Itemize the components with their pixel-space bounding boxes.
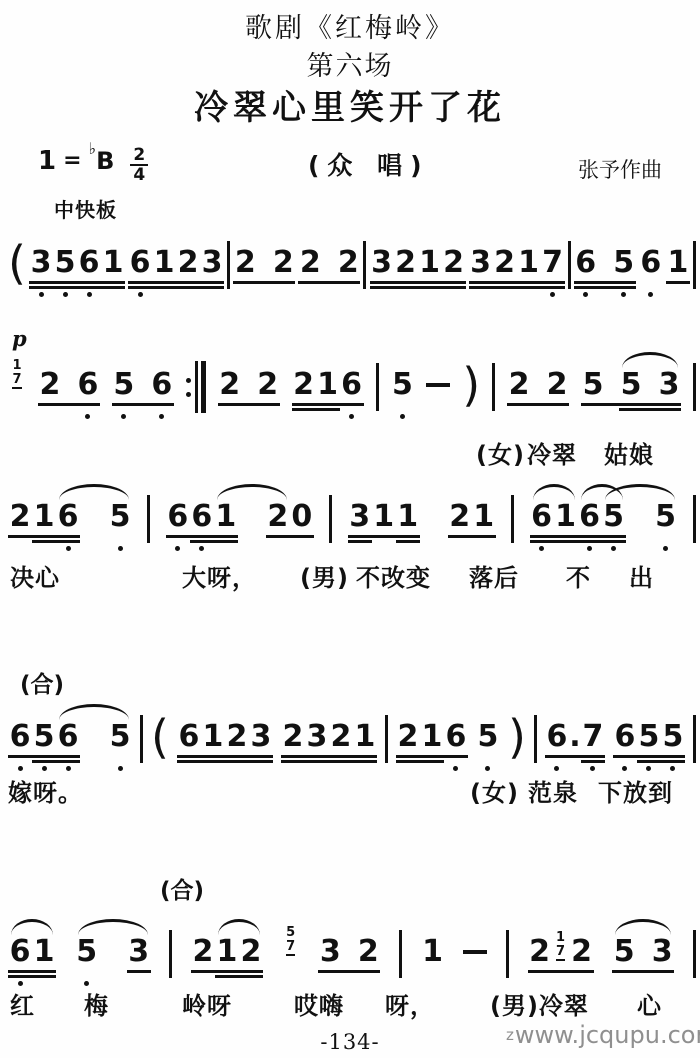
note-digit: [113, 935, 127, 969]
note-group: 6123: [177, 720, 273, 754]
section-mark: (合): [160, 872, 204, 905]
note-digit: 7: [581, 720, 605, 754]
right-paren: ): [508, 715, 526, 759]
note-digit: 2: [442, 246, 466, 280]
barline: [693, 241, 696, 289]
octave-dot: [590, 766, 595, 771]
slur-arc: [622, 352, 678, 368]
note-digit: [94, 500, 108, 534]
octave-dot: [39, 292, 44, 297]
beam-line: [32, 760, 80, 763]
grace-upper: 1: [12, 359, 21, 373]
note-digit: 6: [56, 720, 80, 754]
note-digit: 3: [370, 246, 394, 280]
key-signature: 1 = ♭ B 2 4: [38, 146, 148, 184]
note-digit: 3: [305, 720, 329, 754]
octave-dot: [118, 766, 123, 771]
note-digit: 1: [201, 720, 225, 754]
note-digit: [636, 935, 650, 969]
note-digit: 6: [56, 500, 80, 534]
grace-lower: 7: [556, 945, 565, 961]
octave-dot: [554, 766, 559, 771]
note-group: 216: [396, 720, 468, 754]
note-group: 66120: [166, 500, 314, 534]
note-group: 53: [75, 935, 151, 969]
beam-line: [528, 970, 594, 973]
slur-arc: [59, 704, 129, 720]
beam-line: [191, 970, 263, 973]
slur-arc: [615, 919, 671, 935]
note-digit: [598, 246, 612, 280]
note-digit: 1: [666, 246, 690, 280]
note-digit: 3: [469, 246, 493, 280]
lyric-item: 下放到: [598, 773, 673, 808]
barline: [140, 715, 143, 763]
note-digit: 3: [318, 935, 342, 969]
octave-dot: [349, 414, 354, 419]
octave-dot: [42, 766, 47, 771]
octave-dot: [138, 292, 143, 297]
beam-line: [396, 760, 444, 763]
note-digit: 1: [101, 246, 125, 280]
watermark-url: www.jcqupu.com: [515, 1021, 700, 1049]
lyric-item: 嫁呀。: [8, 773, 83, 808]
beam-line: [128, 281, 224, 284]
note-digit: 6: [177, 720, 201, 754]
flat-icon: ♭: [89, 139, 97, 158]
note-digit: 2: [448, 500, 472, 534]
note-group: 26: [38, 368, 100, 402]
note-digit: 1: [32, 500, 56, 534]
note-digit: [626, 500, 640, 534]
note-digit: 6: [545, 720, 569, 754]
note-group: 5: [390, 368, 414, 402]
barline: [227, 241, 230, 289]
note-digit: 3: [200, 246, 224, 280]
note-group: 216: [292, 368, 364, 402]
note-group: 5: [476, 720, 500, 754]
barline: [385, 715, 388, 763]
note-digit: [257, 246, 271, 280]
barline: [693, 930, 696, 978]
note-digit: 2: [396, 720, 420, 754]
time-signature-bottom: 4: [133, 166, 145, 184]
beam-line: [545, 755, 605, 758]
octave-dot: [611, 546, 616, 551]
note-digit: 1: [418, 246, 442, 280]
lyric-item: 冷翠: [527, 435, 577, 470]
note-digit: 2: [8, 500, 32, 534]
note-group: 1: [666, 246, 690, 280]
note-digit: 6: [444, 720, 468, 754]
beam-line: [177, 760, 273, 763]
octave-dot: [583, 292, 588, 297]
note-digit: 6: [190, 500, 214, 534]
time-signature-top: 2: [130, 146, 148, 166]
note-group: 2172: [528, 935, 594, 969]
grace-lower: 7: [12, 373, 21, 389]
lyric-item: 决心: [10, 558, 60, 593]
beam-line: [396, 755, 468, 758]
note-digit: 2: [336, 246, 360, 280]
note-digit: [643, 368, 657, 402]
note-digit: 6: [150, 368, 174, 402]
note-digit: [531, 368, 545, 402]
note-digit: [342, 935, 356, 969]
dynamic-marking: p: [12, 326, 27, 351]
barline: [568, 241, 571, 289]
octave-dot: [453, 766, 458, 771]
beam-line: [38, 403, 100, 406]
note-digit: 1: [372, 500, 396, 534]
beam-line: [128, 286, 224, 289]
note-digit: [640, 500, 654, 534]
note-digit: [80, 500, 94, 534]
note-digit: 2: [281, 720, 305, 754]
note-group: 553: [581, 368, 681, 402]
note-digit: 5: [390, 368, 414, 402]
lyric-item: 姑娘: [604, 435, 654, 470]
barline: [169, 930, 172, 978]
note-digit: 5: [602, 500, 626, 534]
slur-arc: [605, 484, 675, 500]
lyric-item: (男)冷翠: [490, 986, 589, 1021]
note-group: 1: [421, 935, 445, 969]
beam-line: [348, 540, 372, 543]
note-group: 3212: [370, 246, 466, 280]
note-digit: 5: [32, 720, 56, 754]
beam-line: [469, 286, 565, 289]
note-group: 6123: [128, 246, 224, 280]
note-digit: [80, 720, 94, 754]
note-digit: 0: [290, 500, 314, 534]
note-digit: 5: [637, 720, 661, 754]
note-digit: 3: [127, 935, 151, 969]
repeat-dot: [186, 378, 191, 383]
lyric-item: (女): [470, 773, 519, 808]
grace-note: 17: [8, 359, 26, 389]
slur-arc: [11, 919, 53, 935]
note-digit: 2: [218, 368, 242, 402]
note-digit: 5: [612, 935, 636, 969]
key-tonic: 1: [38, 146, 56, 176]
beam-line: [370, 286, 466, 289]
octave-dot: [587, 546, 592, 551]
beam-line: [396, 540, 420, 543]
grace-upper: 5: [286, 926, 295, 940]
octave-dot: [199, 546, 204, 551]
lyric-item: (男): [300, 558, 349, 593]
beam-line: [233, 281, 295, 284]
note-digit: 5: [612, 246, 636, 280]
note-group: 6.7: [545, 720, 605, 754]
beam-line: [298, 281, 360, 284]
note-digit: 1: [316, 368, 340, 402]
note-group: 22: [298, 246, 360, 280]
note-digit: 6: [574, 246, 598, 280]
barline: [363, 241, 366, 289]
lyric-item: 哎嗨: [294, 986, 344, 1021]
octave-dot: [87, 292, 92, 297]
beam-line: [8, 535, 80, 538]
duration-dash: [463, 950, 487, 954]
note-digit: 3: [249, 720, 273, 754]
grace-note: 57: [282, 926, 300, 956]
note-digit: [94, 720, 108, 754]
note-digit: 6: [613, 720, 637, 754]
octave-dot: [400, 414, 405, 419]
duration-dash: [426, 383, 450, 387]
octave-dot: [550, 292, 555, 297]
note-digit: 5: [75, 935, 99, 969]
note-digit: [605, 368, 619, 402]
note-digit: 5: [108, 500, 132, 534]
note-group: 22: [233, 246, 295, 280]
note-digit: [238, 500, 252, 534]
lyric-item: 大呀，: [182, 558, 257, 593]
beam-line: [281, 755, 377, 758]
octave-dot: [670, 766, 675, 771]
note-group: 655: [613, 720, 685, 754]
note-digit: 2: [570, 935, 594, 969]
note-digit: 1: [554, 500, 578, 534]
barline: [511, 495, 514, 543]
beam-line: [666, 281, 690, 284]
note-digit: 3: [650, 935, 674, 969]
note-digit: 2: [292, 368, 316, 402]
song-title: 冷翠心里笑开了花: [0, 80, 700, 129]
beam-line: [530, 540, 626, 543]
octave-dot: [63, 292, 68, 297]
note-digit: [62, 368, 76, 402]
note-digit: [434, 500, 448, 534]
note-digit: 2: [233, 246, 257, 280]
note-digit: 5: [108, 720, 132, 754]
note-group: 212: [191, 935, 263, 969]
note-digit: [136, 368, 150, 402]
beam-line: [318, 970, 380, 973]
note-digit: 6: [76, 368, 100, 402]
note-group: 31121: [348, 500, 496, 534]
note-digit: 2: [176, 246, 200, 280]
beam-line: [292, 403, 364, 406]
beam-line: [574, 286, 636, 289]
composer-credit: 张予作曲: [578, 154, 662, 184]
note-digit: 2: [256, 368, 280, 402]
barline: [376, 363, 379, 411]
note-digit: 2: [239, 935, 263, 969]
note-digit: 2: [271, 246, 295, 280]
note-group: 32: [318, 935, 380, 969]
music-line: 172656222165)22553: [8, 368, 696, 408]
note-digit: 6: [578, 500, 602, 534]
note-digit: 5: [654, 500, 678, 534]
beam-line: [619, 408, 681, 411]
beam-line: [215, 975, 263, 978]
note-digit: 2: [356, 935, 380, 969]
left-paren: (: [8, 241, 26, 285]
lyric-item: (女): [476, 435, 525, 470]
barline: [693, 715, 696, 763]
note-digit: [252, 500, 266, 534]
note-group: 6565: [8, 720, 132, 754]
note-digit: 2: [191, 935, 215, 969]
note-digit: 6: [639, 246, 663, 280]
slur-arc: [78, 919, 148, 935]
note-digit: 2: [38, 368, 62, 402]
note-digit: 6: [8, 720, 32, 754]
note-digit: 2: [225, 720, 249, 754]
beam-line: [177, 755, 273, 758]
score-page: 歌剧《红梅岭》 第六场 冷翠心里笑开了花 1 = ♭ B 2 4 (众 唱) 张…: [0, 0, 700, 1058]
beam-line: [127, 970, 151, 973]
note-digit: 1: [353, 720, 377, 754]
section-mark: (合): [20, 666, 64, 699]
beam-line: [530, 535, 626, 538]
lyric-item: 心: [637, 986, 662, 1021]
note-digit: 2: [329, 720, 353, 754]
beam-line: [370, 281, 466, 284]
repeat-sign: [186, 361, 206, 413]
music-line: 615321257321217253: [8, 935, 696, 975]
note-digit: 2: [394, 246, 418, 280]
note-digit: .: [569, 720, 581, 754]
note-digit: [99, 935, 113, 969]
note-group: 6: [639, 246, 663, 280]
lyric-item: 梅: [84, 986, 109, 1021]
beam-line: [29, 281, 125, 284]
repeat-bar-thick: [201, 361, 206, 413]
note-digit: 1: [517, 246, 541, 280]
music-line: 6565(612323212165)6.7655: [8, 720, 696, 760]
note-digit: 1: [152, 246, 176, 280]
note-group: 65: [574, 246, 636, 280]
note-digit: 5: [476, 720, 500, 754]
octave-dot: [663, 546, 668, 551]
note-digit: 6: [77, 246, 101, 280]
grace-upper: 1: [556, 931, 565, 945]
lyric-item: 岭呀: [182, 986, 232, 1021]
barline: [492, 363, 495, 411]
note-digit: 6: [128, 246, 152, 280]
beam-line: [218, 403, 280, 406]
beam-line: [8, 755, 80, 758]
beam-line: [574, 281, 636, 284]
slur-arc: [533, 484, 575, 500]
note-digit: 6: [166, 500, 190, 534]
octave-dot: [621, 292, 626, 297]
key-equals: =: [63, 146, 81, 176]
repeat-bar-thin: [195, 361, 198, 413]
note-digit: 2: [545, 368, 569, 402]
note-group: 56: [112, 368, 174, 402]
octave-dot: [622, 766, 627, 771]
beam-line: [612, 970, 674, 973]
note-digit: 1: [421, 935, 445, 969]
note-digit: 2: [298, 246, 322, 280]
tempo-marking: 中快板: [54, 194, 117, 223]
octave-dot: [66, 546, 71, 551]
beam-line: [637, 760, 685, 763]
note-group: 61: [8, 935, 56, 969]
octave-dot: [118, 546, 123, 551]
beam-line: [29, 286, 125, 289]
note-digit: 6: [530, 500, 554, 534]
barline: [147, 495, 150, 543]
repeat-dot: [186, 392, 191, 397]
note-digit: 5: [112, 368, 136, 402]
note-digit: 6: [8, 935, 32, 969]
octave-dot: [159, 414, 164, 419]
note-digit: 1: [32, 935, 56, 969]
barline: [399, 930, 402, 978]
beam-line: [281, 760, 377, 763]
grace-lower: 7: [286, 940, 295, 956]
note-digit: 1: [396, 500, 420, 534]
octave-dot: [485, 766, 490, 771]
note-digit: 6: [340, 368, 364, 402]
barline: [534, 715, 537, 763]
note-digit: 3: [29, 246, 53, 280]
note-digit: 5: [661, 720, 685, 754]
key-letter: B: [96, 146, 114, 176]
lyric-item: 呀，: [385, 986, 435, 1021]
beam-line: [8, 970, 56, 973]
right-paren: ): [462, 363, 480, 407]
time-signature: 2 4: [130, 146, 148, 184]
octave-dot: [539, 546, 544, 551]
beam-line: [8, 975, 56, 978]
music-line: 2165661203112161655: [8, 500, 696, 540]
beam-line: [190, 540, 238, 543]
note-group: 22: [218, 368, 280, 402]
octave-dot: [18, 766, 23, 771]
watermark-logo-icon: z: [506, 1026, 514, 1044]
note-group: 53: [612, 935, 674, 969]
note-digit: 2: [266, 500, 290, 534]
barline: [693, 495, 696, 543]
lyric-item: 不改变: [356, 558, 431, 593]
beam-line: [348, 535, 420, 538]
beam-line: [581, 403, 681, 406]
watermark: z www.jcqupu.com: [506, 1021, 700, 1049]
lyric-item: 不: [566, 558, 591, 593]
lyric-item: 红: [10, 986, 35, 1021]
left-paren: (: [151, 715, 169, 759]
note-group: 22: [507, 368, 569, 402]
note-group: 2321: [281, 720, 377, 754]
beam-line: [292, 408, 340, 411]
lyric-item: 落后: [469, 558, 519, 593]
octave-dot: [121, 414, 126, 419]
opera-title: 歌剧《红梅岭》: [0, 6, 700, 45]
note-digit: [322, 246, 336, 280]
octave-dot: [175, 546, 180, 551]
beam-line: [166, 535, 238, 538]
octave-dot: [85, 414, 90, 419]
note-group: 2165: [8, 500, 132, 534]
beam-line: [507, 403, 569, 406]
note-digit: 1: [214, 500, 238, 534]
note-digit: 5: [53, 246, 77, 280]
note-digit: 3: [657, 368, 681, 402]
lyric-item: 范泉: [528, 773, 578, 808]
barline: [506, 930, 509, 978]
note-digit: 1: [215, 935, 239, 969]
note-digit: 1: [472, 500, 496, 534]
scene-title: 第六场: [0, 44, 700, 83]
barline: [693, 363, 696, 411]
